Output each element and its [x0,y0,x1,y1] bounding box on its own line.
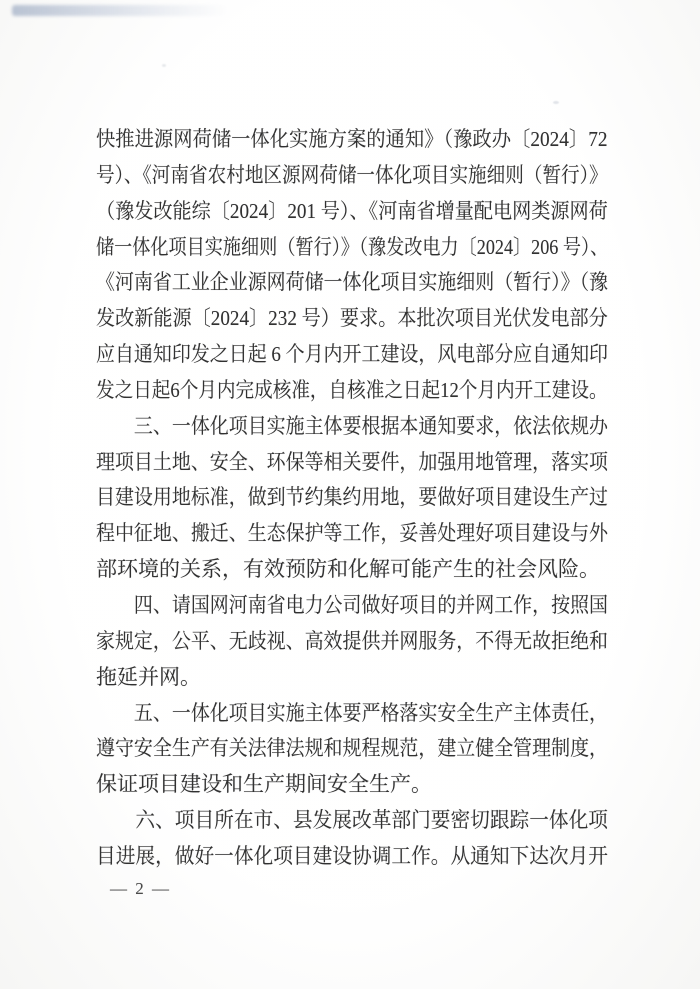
text-line: 应自通知印发之日起 6 个月内开工建设，风电部分应自通知印 [96,337,558,373]
text-line: 号）、《河南省农村地区源网荷储一体化项目实施细则（暂行）》 [96,158,550,194]
text-line: 五、一体化项目实施主体要严格落实安全生产主体责任， [96,696,558,732]
scan-speck [162,64,166,67]
text-line: 六、项目所在市、县发展改革部门要密切跟踪一体化项 [96,803,576,839]
body-text: 快推进源网荷储一体化实施方案的通知》（豫政办〔2024〕72号）、《河南省农村地… [96,122,608,875]
text-line: （豫发改能综〔2024〕201 号）、《河南省增量配电网类源网荷 [96,194,562,230]
scan-speck [553,101,559,104]
text-line: 目建设用地标准，做到节约集约用地，要做好项目建设生产过 [96,480,558,516]
document-page: 快推进源网荷储一体化实施方案的通知》（豫政办〔2024〕72号）、《河南省农村地… [0,0,700,989]
text-line: 家规定，公平、无歧视、高效提供并网服务，不得无故拒绝和 [96,624,558,660]
text-line: 发改新能源〔2024〕232 号）要求。本批次项目光伏发电部分 [96,301,562,337]
text-line: 《河南省工业企业源网荷储一体化项目实施细则（暂行）》（豫 [96,265,558,301]
text-line: 遵守安全生产有关法律法规和规程规范，建立健全管理制度， [96,731,558,767]
scan-smudge-artifact [12,5,230,16]
text-line: 部环境的关系，有效预防和化解可能产生的社会风险。 [96,552,608,588]
text-line: 理项目土地、安全、环保等相关要件，加强用地管理，落实项 [96,445,558,481]
text-line: 三、一体化项目实施主体要根据本通知要求，依法依规办 [96,409,558,445]
text-line: 储一体化项目实施细则（暂行）》（豫发改电力〔2024〕206 号）、 [96,230,538,266]
text-line: 发之日起6个月内完成核准，自核准之日起12个月内开工建设。 [96,373,550,409]
text-line: 拖延并网。 [96,660,608,696]
text-line: 程中征地、搬迁、生态保护等工作，妥善处理好项目建设与外 [96,516,558,552]
text-line: 目进展，做好一体化项目建设协调工作。从通知下达次月开 [96,839,576,875]
text-line: 快推进源网荷储一体化实施方案的通知》（豫政办〔2024〕72 [96,122,567,158]
text-line: 四、请国网河南省电力公司做好项目的并网工作，按照国 [96,588,558,624]
page-number: — 2 — [110,879,171,899]
text-line: 保证项目建设和生产期间安全生产。 [96,767,608,803]
